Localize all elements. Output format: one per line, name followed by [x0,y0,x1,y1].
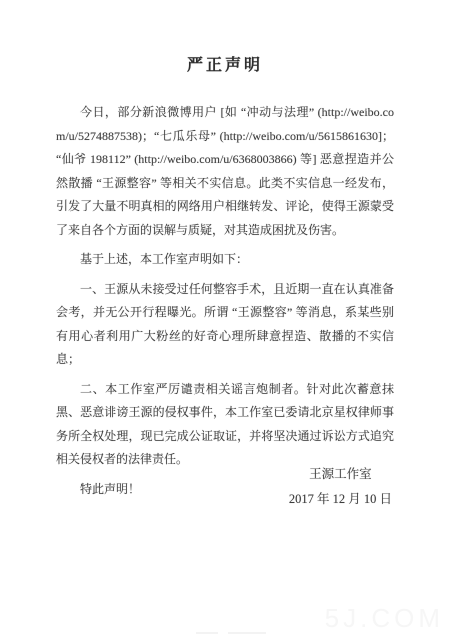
scan-artifact [196,632,218,634]
statement-paragraph: 基于上述，本工作室声明如下： [56,248,394,272]
statement-body: 今日，部分新浪微博用户 [如 “冲动与法理” (http://weibo.com… [56,101,394,501]
signature-date: 2017 年 12 月 10 日 [289,487,392,512]
statement-paragraph: 今日，部分新浪微博用户 [如 “冲动与法理” (http://weibo.com… [56,101,394,242]
signature-studio-name: 王源工作室 [289,462,392,487]
statement-page: 严正声明 今日，部分新浪微博用户 [如 “冲动与法理” (http://weib… [0,0,450,636]
statement-paragraph: 二、本工作室严厉谴责相关谣言炮制者。针对此次蓄意抹黑、恶意诽谤王源的侵权事件，本… [56,378,394,472]
statement-title: 严正声明 [0,0,450,75]
scan-artifact [228,632,266,634]
signature-block: 王源工作室 2017 年 12 月 10 日 [289,462,392,512]
statement-paragraph: 一、王源从未接受过任何整容手术，且近期一直在认真准备会考，并无公开行程曝光。所谓… [56,278,394,372]
watermark: 5J.COM [325,603,444,634]
